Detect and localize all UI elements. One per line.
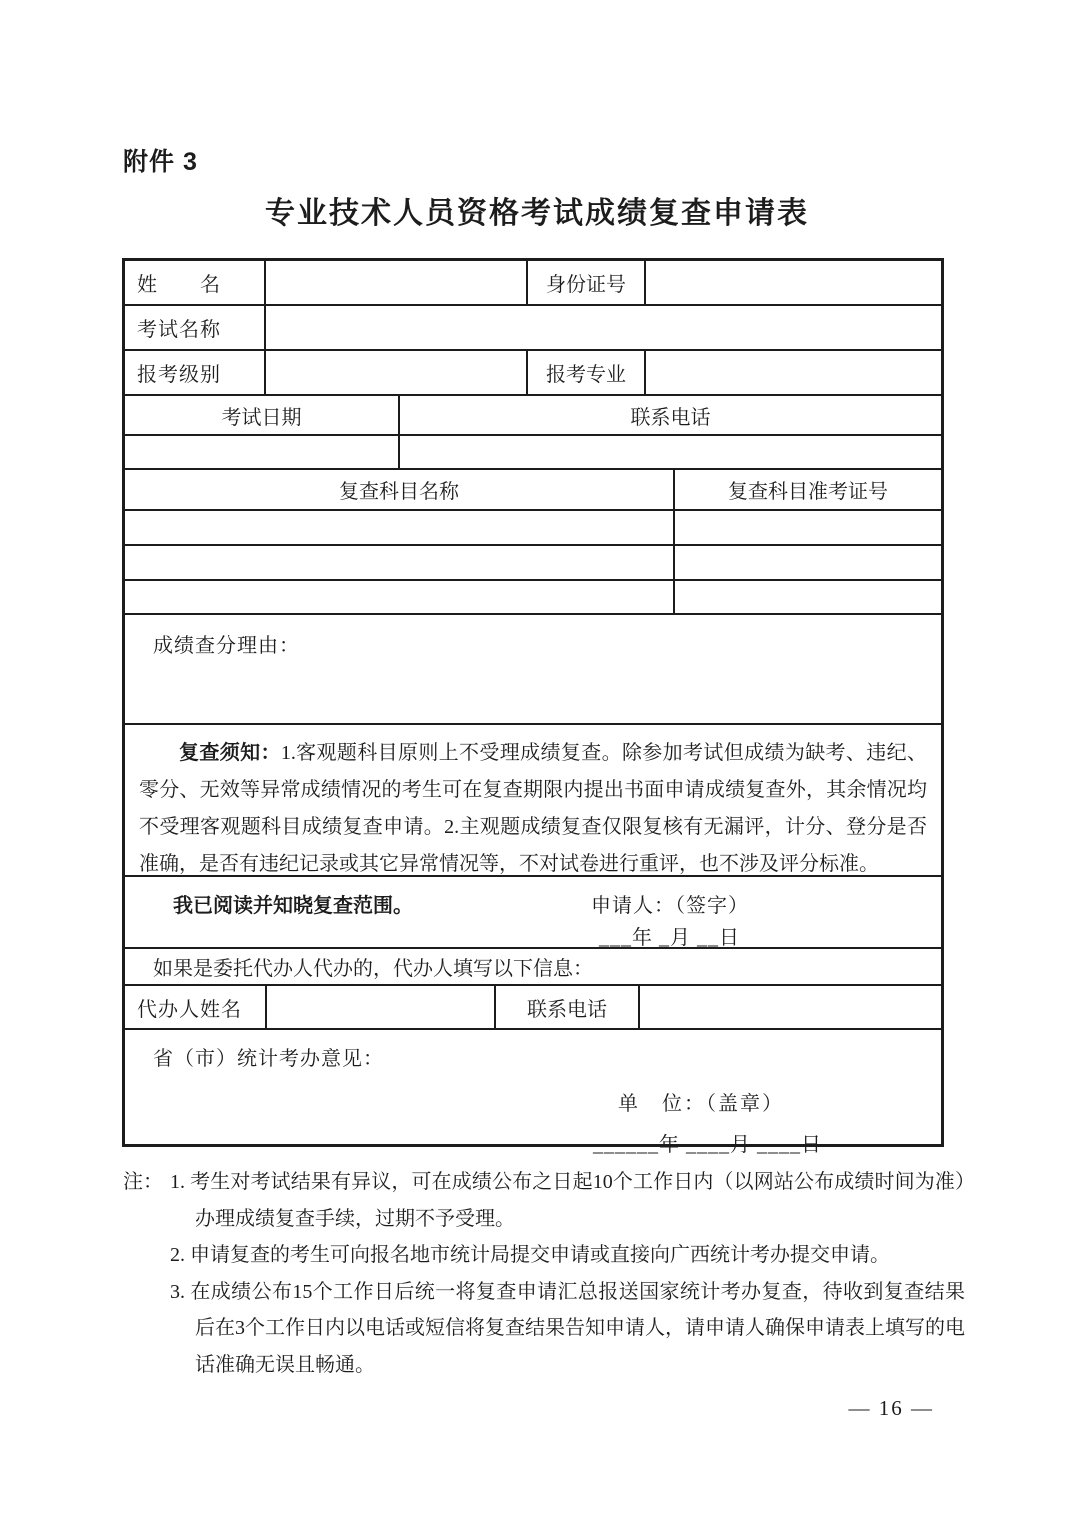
table-row-level-major: 报考级别 报考专业 [125,351,941,396]
review-subject-cell-2 [125,546,675,579]
table-row-review-2 [125,546,941,581]
review-ticket-cell-3 [675,581,941,613]
applicant-sign-label: 申请人：（签字） [591,889,749,918]
review-ticket-cell-1 [675,511,941,544]
table-row-review-3 [125,581,941,615]
reason-label: 成绩查分理由： [125,615,941,658]
review-subject-cell-1 [125,511,675,544]
exam-date-value-cell [125,436,400,468]
office-date-line: ______年 ____月 ____日 [593,1128,941,1157]
table-row-agent-intro: 如果是委托代办人代办的，代办人填写以下信息： [125,949,941,986]
contact-phone-value-cell [400,436,941,468]
notice-lead: 复查须知： [179,742,281,764]
agent-name-value-cell [267,986,496,1028]
acknowledgement-text: 我已阅读并知晓复查范围。 [173,889,413,918]
table-row-date-phone-header: 考试日期 联系电话 [125,396,941,436]
applicant-date-line: ___年 _月 __日 [599,921,740,950]
table-row-exam-name: 考试名称 [125,306,941,351]
document-page: 附件 3 专业技术人员资格考试成绩复查申请表 姓 名 身份证号 考试名称 报考级… [0,0,1074,1520]
table-row-review-1 [125,511,941,546]
contact-phone-label: 联系电话 [400,396,941,434]
table-row-notice: 复查须知：1.客观题科目原则上不受理成绩复查。除参加考试但成绩为缺考、违纪、零分… [125,725,941,877]
table-row-acknowledgement: 我已阅读并知晓复查范围。 申请人：（签字） ___年 _月 __日 [125,877,941,949]
id-number-label: 身份证号 [528,261,646,304]
name-value-cell [266,261,528,304]
office-opinion-label: 省（市）统计考办意见： [125,1030,941,1071]
major-label: 报考专业 [528,351,646,394]
note-item-1: 1. 考生对考试结果有异议，可在成绩公布之日起10个工作日内（以网站公布成绩时间… [170,1164,965,1237]
level-value-cell [266,351,528,394]
review-subject-header: 复查科目名称 [125,470,675,509]
exam-date-label: 考试日期 [125,396,400,434]
major-value-cell [646,351,941,394]
level-label: 报考级别 [125,351,266,394]
note-item-3: 3. 在成绩公布15个工作日后统一将复查申请汇总报送国家统计考办复查，待收到复查… [170,1274,965,1384]
notes-list: 1. 考生对考试结果有异议，可在成绩公布之日起10个工作日内（以网站公布成绩时间… [170,1164,965,1383]
exam-name-label: 考试名称 [125,306,266,349]
note-item-2: 2. 申请复查的考生可向报名地市统计局提交申请或直接向广西统计考办提交申请。 [170,1237,965,1274]
id-number-value-cell [646,261,941,304]
unit-seal-label: 单 位：（盖章） [618,1087,941,1116]
agent-intro-text: 如果是委托代办人代办的，代办人填写以下信息： [153,952,593,981]
table-row-name-id: 姓 名 身份证号 [125,261,941,306]
name-label: 姓 名 [125,261,266,304]
page-title: 专业技术人员资格考试成绩复查申请表 [0,188,1074,232]
table-row-reason: 成绩查分理由： [125,615,941,725]
review-notice-paragraph: 复查须知：1.客观题科目原则上不受理成绩复查。除参加考试但成绩为缺考、违纪、零分… [125,725,941,883]
attachment-label: 附件 3 [123,142,198,178]
review-subject-cell-3 [125,581,675,613]
review-ticket-cell-2 [675,546,941,579]
footnotes: 注： 1. 考生对考试结果有异议，可在成绩公布之日起10个工作日内（以网站公布成… [123,1164,965,1383]
notes-prefix: 注： [123,1164,170,1383]
agent-phone-value-cell [640,986,941,1028]
agent-phone-label: 联系电话 [496,986,640,1028]
agent-name-label: 代办人姓名 [125,986,267,1028]
table-row-office-opinion: 省（市）统计考办意见： 单 位：（盖章） ______年 ____月 ____日 [125,1030,941,1144]
table-row-date-phone-values [125,436,941,470]
table-row-agent: 代办人姓名 联系电话 [125,986,941,1030]
page-number: — 16 — [849,1396,935,1421]
application-form-table: 姓 名 身份证号 考试名称 报考级别 报考专业 考试日期 联系电话 [122,258,944,1147]
exam-name-value-cell [266,306,941,349]
table-row-review-header: 复查科目名称 复查科目准考证号 [125,470,941,511]
review-ticket-header: 复查科目准考证号 [675,470,941,509]
